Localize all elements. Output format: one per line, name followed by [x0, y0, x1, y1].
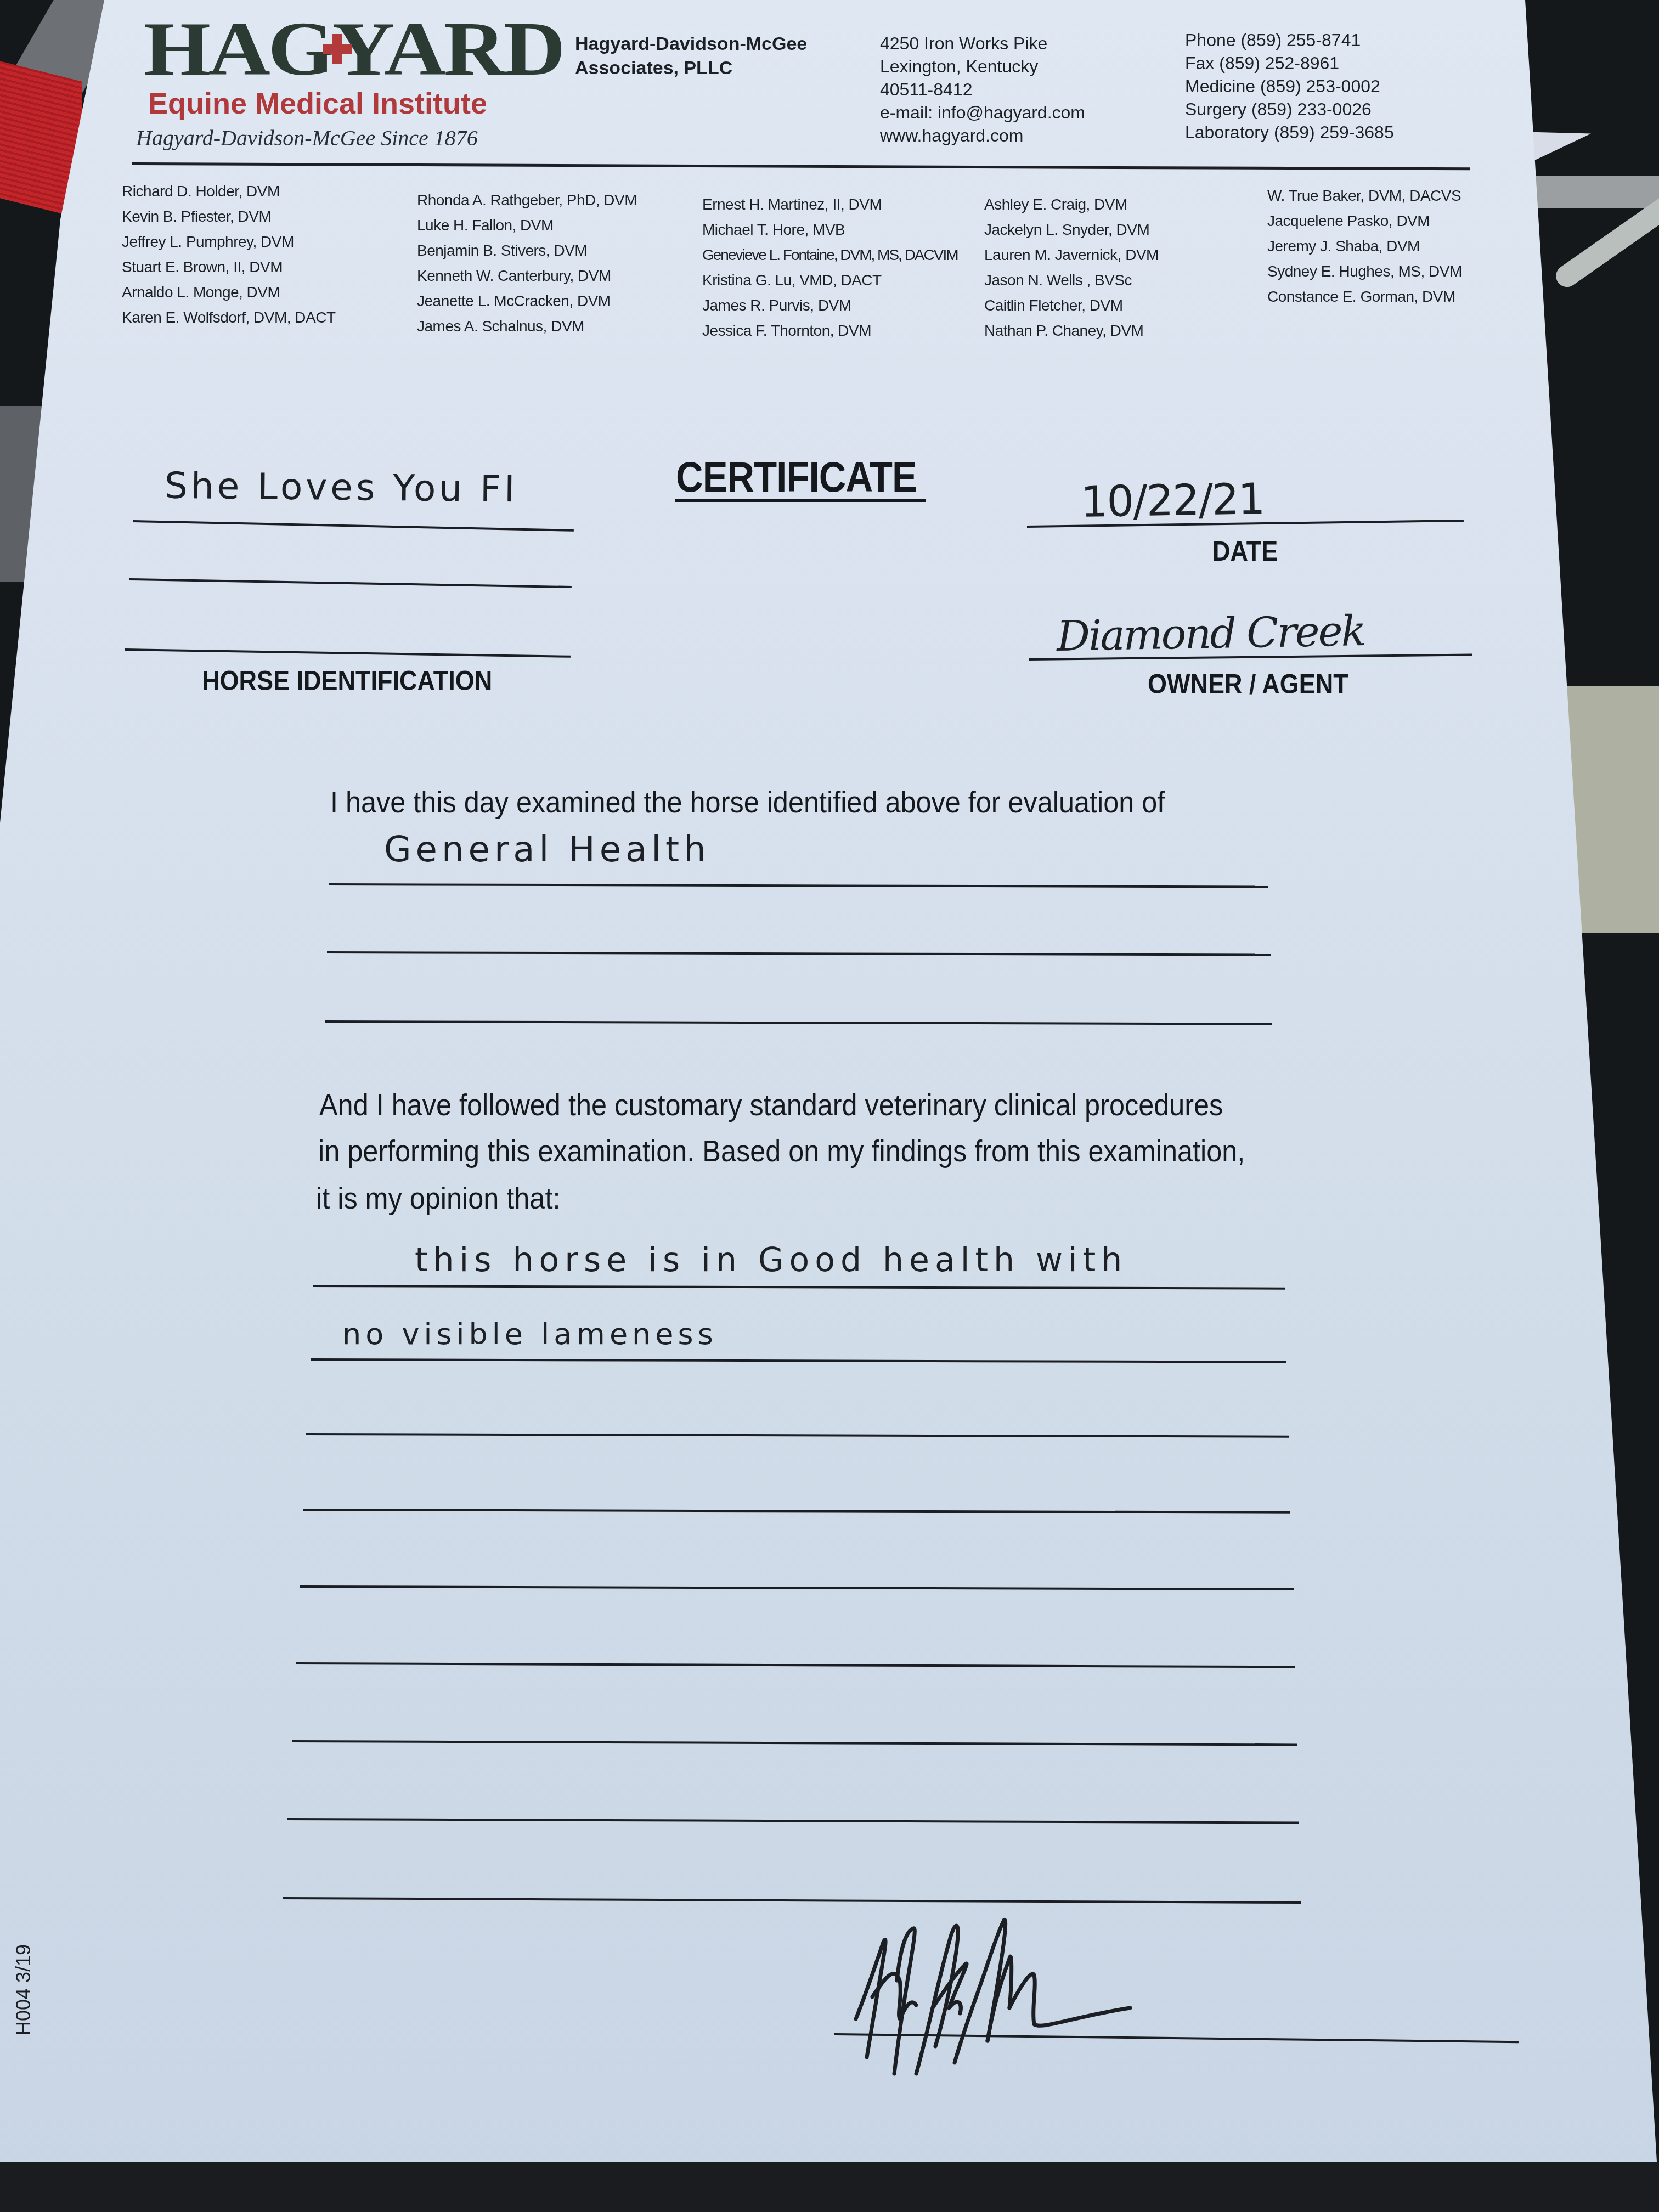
roster-column: Ashley E. Craig, DVM Jackelyn L. Snyder,…	[984, 192, 1159, 343]
horse-id-line-2	[129, 578, 572, 588]
address-block: 4250 Iron Works Pike Lexington, Kentucky…	[880, 32, 1085, 147]
roster-name: Richard D. Holder, DVM	[122, 179, 336, 204]
roster-name: Ashley E. Craig, DVM	[984, 192, 1159, 217]
roster-column: Ernest H. Martinez, II, DVM Michael T. H…	[702, 192, 958, 343]
certificate-paper: HAGYARD Equine Medical Institute Hagyard…	[0, 0, 1659, 2212]
logo-wordmark: HAGYARD	[144, 11, 563, 88]
roster-name: Jeanette L. McCracken, DVM	[417, 289, 637, 314]
procedure-statement-line-2: in performing this examination. Based on…	[318, 1131, 1245, 1171]
background-bar	[1525, 176, 1659, 208]
address-zip: 40511-8412	[880, 78, 1085, 101]
logo-subtitle: Equine Medical Institute	[148, 87, 487, 121]
roster-name: Jason N. Wells , BVSc	[984, 268, 1159, 293]
opinion-line-7	[292, 1740, 1297, 1746]
opinion-line-2	[311, 1358, 1286, 1363]
roster-column: W. True Baker, DVM, DACVS Jacquelene Pas…	[1267, 183, 1462, 309]
roster-name: Jackelyn L. Snyder, DVM	[984, 217, 1159, 242]
phone-main: Phone (859) 255-8741	[1185, 29, 1394, 52]
address-street: 4250 Iron Works Pike	[880, 32, 1085, 55]
letterhead-divider	[132, 162, 1470, 170]
roster-name: Constance E. Gorman, DVM	[1267, 284, 1462, 309]
procedure-statement-line-3: it is my opinion that:	[316, 1178, 560, 1218]
address-email: e-mail: info@hagyard.com	[880, 101, 1085, 124]
owner-agent-label: OWNER / AGENT	[1148, 668, 1348, 700]
owner-agent-field[interactable]: Diamond Creek	[1056, 606, 1365, 661]
phone-laboratory: Laboratory (859) 259-3685	[1185, 121, 1394, 144]
roster-name: Jessica F. Thornton, DVM	[702, 318, 958, 343]
title-underline	[675, 499, 926, 502]
roster-name: Stuart E. Brown, II, DVM	[122, 255, 336, 280]
roster-name: Michael T. Hore, MVB	[702, 217, 958, 242]
roster-name: Arnaldo L. Monge, DVM	[122, 280, 336, 305]
roster-name: W. True Baker, DVM, DACVS	[1267, 183, 1462, 208]
roster-name: Sydney E. Hughes, MS, DVM	[1267, 259, 1462, 284]
horse-identification-label: HORSE IDENTIFICATION	[202, 665, 492, 697]
opinion-field-1[interactable]: this horse is in Good health with	[415, 1241, 1127, 1279]
roster-name: Kevin B. Pfiester, DVM	[122, 204, 336, 229]
roster-column: Rhonda A. Rathgeber, PhD, DVM Luke H. Fa…	[417, 188, 637, 339]
roster-name: James R. Purvis, DVM	[702, 293, 958, 318]
address-website: www.hagyard.com	[880, 124, 1085, 147]
evaluation-statement: I have this day examined the horse ident…	[330, 782, 1165, 822]
address-city: Lexington, Kentucky	[880, 55, 1085, 78]
evaluation-field-1[interactable]: General Health	[384, 830, 710, 870]
roster-name: Rhonda A. Rathgeber, PhD, DVM	[417, 188, 637, 213]
phone-medicine: Medicine (859) 253-0002	[1185, 75, 1394, 98]
medical-cross-icon	[323, 34, 352, 64]
roster-name: Jeffrey L. Pumphrey, DVM	[122, 229, 336, 255]
evaluation-line-1	[329, 883, 1268, 888]
organization-name: Hagyard-Davidson-McGee Associates, PLLC	[575, 32, 807, 80]
opinion-field-2[interactable]: no visible lameness	[342, 1317, 718, 1351]
procedure-statement-line-1: And I have followed the customary standa…	[319, 1085, 1223, 1125]
opinion-line-3	[306, 1433, 1289, 1438]
organization-line: Hagyard-Davidson-McGee	[575, 32, 807, 56]
phone-fax: Fax (859) 252-8961	[1185, 52, 1394, 75]
organization-line: Associates, PLLC	[575, 56, 807, 80]
form-code: H004 3/19	[12, 1944, 35, 2035]
roster-name: Jeremy J. Shaba, DVM	[1267, 234, 1462, 259]
date-label: DATE	[1212, 535, 1278, 567]
background-floor	[0, 2162, 1659, 2212]
opinion-line-5	[300, 1585, 1294, 1590]
horse-id-field-1[interactable]: She Loves You FI	[165, 465, 518, 511]
roster-name: Lauren M. Javernick, DVM	[984, 242, 1159, 268]
roster-name: James A. Schalnus, DVM	[417, 314, 637, 339]
date-field[interactable]: 10/22/21	[1080, 475, 1265, 527]
phone-surgery: Surgery (859) 233-0026	[1185, 98, 1394, 121]
certificate-title: CERTIFICATE	[676, 452, 917, 502]
roster-name: Kristina G. Lu, VMD, DACT	[702, 268, 958, 293]
roster-name: Karen E. Wolfsdorf, DVM, DACT	[122, 305, 336, 330]
roster-name: Genevieve L. Fontaine, DVM, MS, DACVIM	[702, 242, 958, 268]
horse-id-line-1	[133, 520, 574, 532]
evaluation-line-3	[325, 1020, 1272, 1025]
roster-name: Jacquelene Pasko, DVM	[1267, 208, 1462, 234]
opinion-line-4	[303, 1509, 1290, 1514]
logo-tagline: Hagyard-Davidson-McGee Since 1876	[136, 125, 478, 151]
roster-name: Kenneth W. Canterbury, DVM	[417, 263, 637, 289]
opinion-line-6	[296, 1662, 1295, 1668]
roster-name: Luke H. Fallon, DVM	[417, 213, 637, 238]
veterinarian-signature[interactable]	[845, 1898, 1448, 2085]
roster-name: Nathan P. Chaney, DVM	[984, 318, 1159, 343]
evaluation-line-2	[327, 951, 1271, 956]
opinion-line-8	[287, 1818, 1299, 1824]
roster-column: Richard D. Holder, DVM Kevin B. Pfiester…	[122, 179, 336, 330]
roster-name: Benjamin B. Stivers, DVM	[417, 238, 637, 263]
roster-name: Ernest H. Martinez, II, DVM	[702, 192, 958, 217]
opinion-line-1	[313, 1285, 1285, 1290]
phone-block: Phone (859) 255-8741 Fax (859) 252-8961 …	[1185, 29, 1394, 144]
roster-name: Caitlin Fletcher, DVM	[984, 293, 1159, 318]
horse-id-line-3	[125, 648, 571, 658]
